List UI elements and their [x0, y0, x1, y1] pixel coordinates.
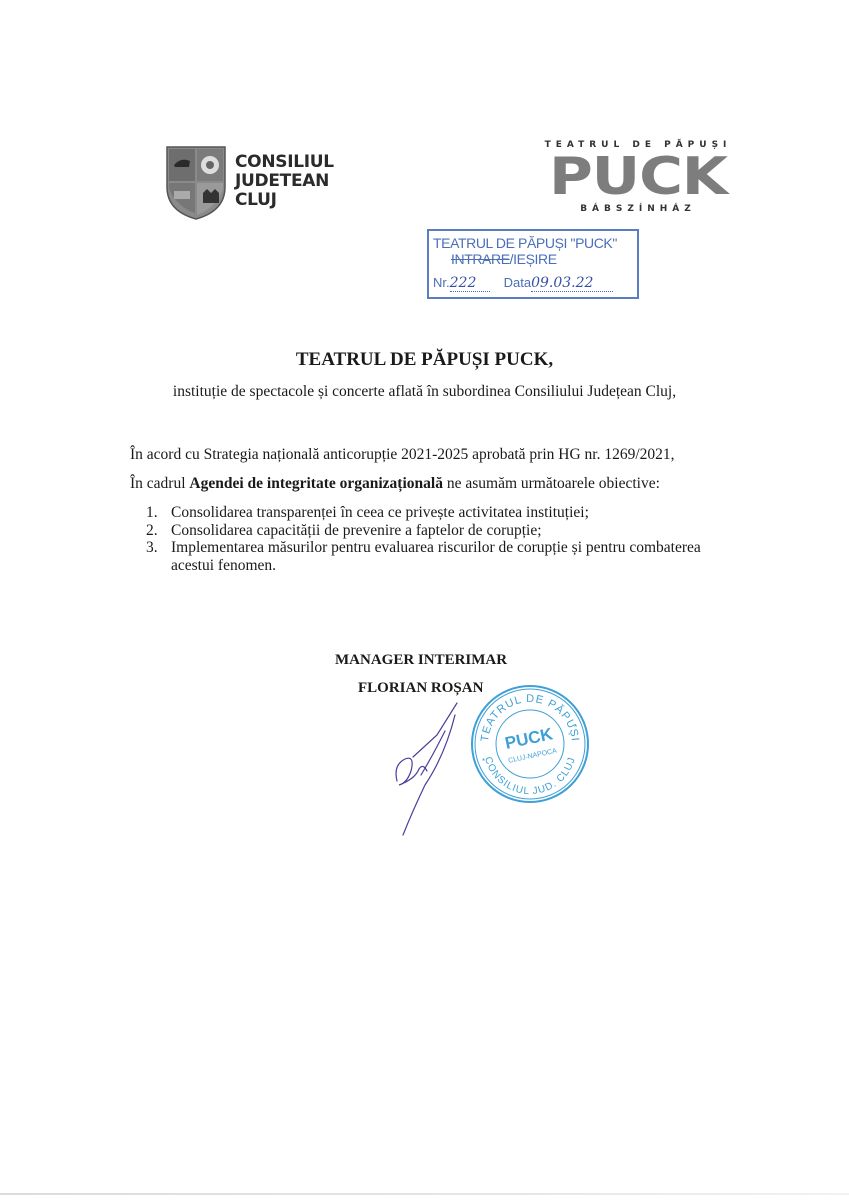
agenda-text-before: În cadrul [130, 475, 189, 492]
svg-text:*: * [574, 723, 577, 732]
paragraph-agenda: În cadrul Agendei de integritate organiz… [130, 475, 660, 493]
signatory-role: MANAGER INTERIMAR [335, 652, 507, 669]
svg-text:*: * [482, 757, 485, 766]
puck-theatre-logo: TEATRUL DE PĂPUȘI PUCK BÁBSZÍNHÁZ [543, 140, 733, 225]
agenda-text-after: ne asumăm următoarele obiective: [443, 475, 660, 492]
stamp-intrare-struck: INTRARE [451, 251, 510, 267]
stamp-nr-label: Nr. [433, 275, 450, 290]
item-text: Implementarea măsurilor pentru evaluarea… [171, 539, 701, 574]
stamp-iesire: /IEȘIRE [510, 251, 557, 267]
agenda-text-bold: Agendei de integritate organizațională [189, 475, 443, 492]
objectives-list: 1.Consolidarea transparenței în ceea ce … [146, 504, 706, 574]
logo-main-text: PUCK [529, 152, 748, 202]
scan-edge-line [0, 1193, 849, 1195]
document-title: TEATRUL DE PĂPUȘI PUCK, [0, 349, 849, 371]
item-number: 3. [146, 539, 158, 557]
stamp-number-date: Nr.222Data09.03.22 [433, 275, 613, 292]
registration-stamp: TEATRUL DE PĂPUȘI "PUCK" INTRARE/IEȘIRE … [427, 229, 639, 299]
logo-line-2: JUDETEAN [235, 172, 334, 191]
list-item: 3.Implementarea măsurilor pentru evaluar… [146, 539, 706, 574]
coat-of-arms-icon [165, 145, 227, 221]
stamp-institution: TEATRUL DE PĂPUȘI "PUCK" [433, 235, 617, 251]
document-subtitle: instituție de spectacole și concerte afl… [0, 383, 849, 401]
consiliul-judetean-cluj-logo: CONSILIUL JUDETEAN CLUJ [165, 145, 335, 225]
item-number: 2. [146, 522, 158, 540]
stamp-date-value: 09.03.22 [531, 275, 613, 292]
stamp-direction: INTRARE/IEȘIRE [451, 251, 557, 267]
list-item: 2.Consolidarea capacității de prevenire … [146, 522, 706, 540]
logo-line-1: CONSILIUL [235, 153, 334, 172]
item-text: Consolidarea capacității de prevenire a … [171, 522, 542, 539]
logo-line-3: CLUJ [235, 191, 334, 210]
paragraph-strategy: În acord cu Strategia națională anticoru… [130, 446, 675, 464]
list-item: 1.Consolidarea transparenței în ceea ce … [146, 504, 706, 522]
stamp-nr-value: 222 [450, 275, 490, 292]
item-text: Consolidarea transparenței în ceea ce pr… [171, 504, 589, 521]
round-institution-stamp: TEATRUL DE PĂPUȘI CONSILIUL JUD. CLUJ PU… [468, 682, 592, 806]
handwritten-signature-icon [385, 695, 475, 840]
stamp-date-label: Data [504, 275, 531, 290]
item-number: 1. [146, 504, 158, 522]
